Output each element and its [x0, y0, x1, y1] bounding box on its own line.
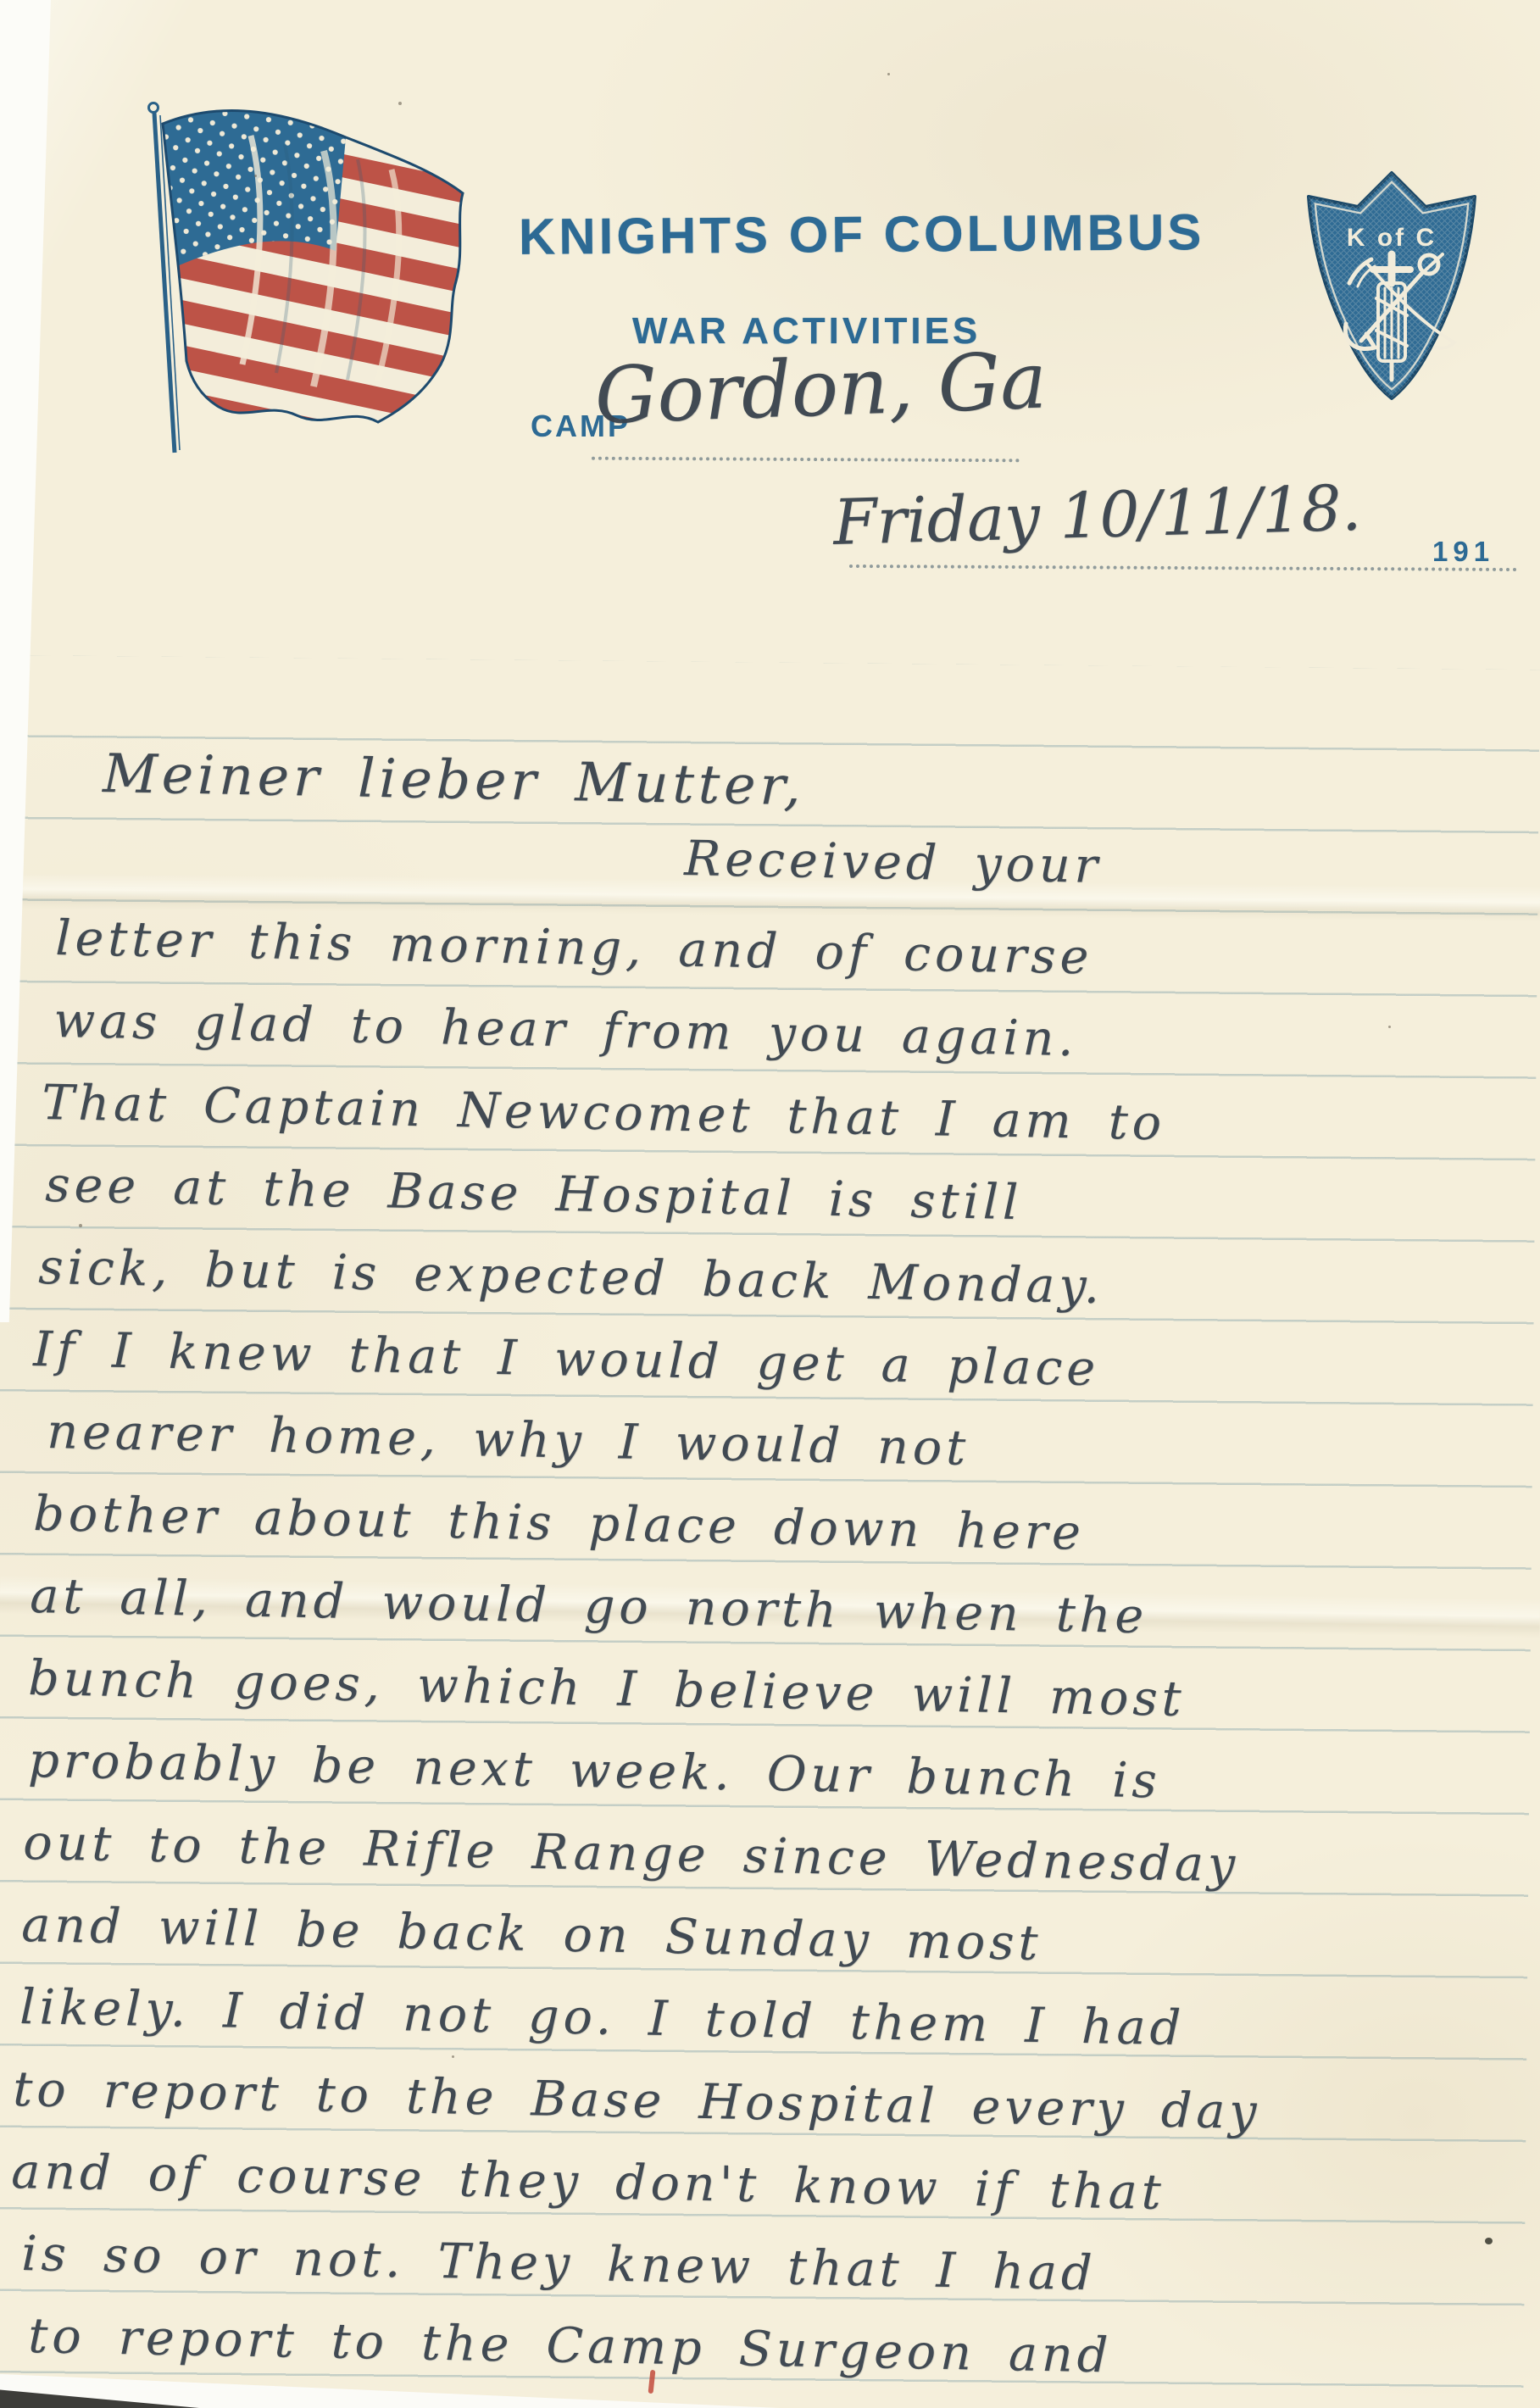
- flag-cloth: [124, 103, 488, 466]
- year-printed: 191: [1432, 536, 1494, 568]
- salutation: Meiner lieber Mutter,: [103, 742, 806, 817]
- paper-speck: [887, 73, 890, 75]
- emblem-text: K of C: [1347, 224, 1437, 252]
- paper-speck: [79, 1224, 82, 1227]
- us-flag-illustration: [124, 85, 488, 466]
- org-name-line: KNIGHTS OF COLUMBUS: [519, 203, 1205, 266]
- letter-scan-page: K of C KNIGHTS OF COLUMBUS WAR ACTIVITIE…: [0, 0, 1540, 2408]
- paper-speck: [254, 175, 257, 177]
- date-fill-in-rule: [849, 564, 1517, 571]
- camp-fill-in-handwriting: Gordon, Ga: [593, 335, 1048, 442]
- paper-speck: [1388, 1026, 1391, 1028]
- kofc-shield-emblem: K of C: [1293, 164, 1490, 407]
- ink-dot: [1485, 2238, 1493, 2244]
- paper-speck: [452, 2055, 454, 2058]
- body-line: Received your: [684, 831, 1103, 894]
- date-handwriting: Friday 10/11/18.: [832, 472, 1362, 559]
- paper-speck: [398, 102, 402, 105]
- camp-fill-in-rule: [592, 457, 1020, 463]
